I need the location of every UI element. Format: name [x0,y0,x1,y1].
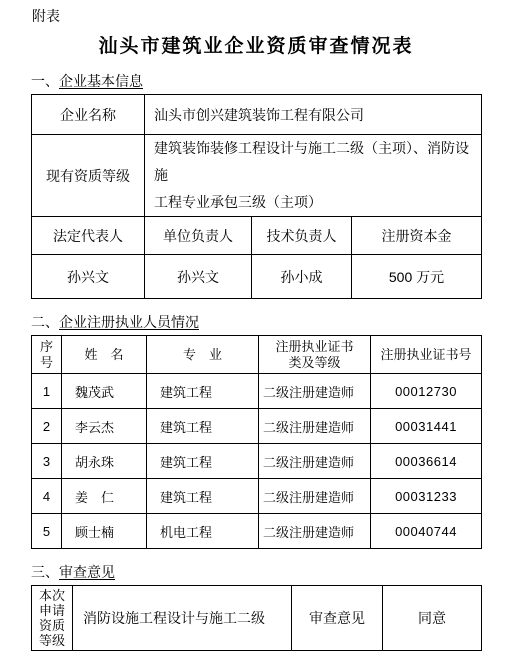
tech-head-value: 孙小成 [252,255,352,299]
col-header-major: 专 业 [147,336,259,374]
capital-value: 500 万元 [352,255,482,299]
col-header-cert-type: 注册执业证书 类及等级 [259,336,371,374]
page-title: 汕头市建筑业企业资质审查情况表 [31,36,481,58]
section-number: 一、 [31,73,59,89]
company-name-label: 企业名称 [32,95,145,135]
row-name: 李云杰 [62,409,147,444]
legal-rep-label: 法定代表人 [32,217,145,255]
row-name: 胡永珠 [62,444,147,479]
section-number: 三、 [31,564,59,580]
col-header-cert-no: 注册执业证书号 [371,336,482,374]
col-header-name: 姓 名 [62,336,147,374]
row-cert-no: 00036614 [371,444,482,479]
attachment-label: 附表 [32,8,501,25]
table-row: 法定代表人 单位负责人 技术负责人 注册资本金 [32,217,482,255]
unit-head-label: 单位负责人 [145,217,252,255]
row-cert-type: 二级注册建造师 [259,444,371,479]
review-row: 本次 申请 资质 等级 消防设施工程设计与施工二级 审查意见 同意 [32,586,482,651]
capital-label: 注册资本金 [352,217,482,255]
row-cert-no: 00031441 [371,409,482,444]
table-row: 现有资质等级 建筑装饰装修工程设计与施工二级（主项）、消防设施 工程专业承包三级… [32,135,482,217]
row-no: 1 [32,374,62,409]
legal-rep-value: 孙兴文 [32,255,145,299]
row-major: 建筑工程 [147,374,259,409]
row-cert-no: 00031233 [371,479,482,514]
personnel-table: 序 号 姓 名 专 业 注册执业证书 类及等级 注册执业证书号 1 魏茂武 建筑… [31,335,482,549]
row-name: 顾士楠 [62,514,147,549]
row-cert-type: 二级注册建造师 [259,479,371,514]
current-qualification-label: 现有资质等级 [32,135,145,217]
row-name: 姜 仁 [62,479,147,514]
unit-head-value: 孙兴文 [145,255,252,299]
section-heading-text: 企业基本信息 [59,73,143,89]
section-number: 二、 [31,314,59,330]
personnel-row: 4 姜 仁 建筑工程 二级注册建造师 00031233 [32,479,482,514]
row-major: 建筑工程 [147,409,259,444]
row-cert-no: 00040744 [371,514,482,549]
section-heading-text: 企业注册执业人员情况 [59,314,199,330]
personnel-row: 5 顾士楠 机电工程 二级注册建造师 00040744 [32,514,482,549]
col-header-no: 序 号 [32,336,62,374]
applied-qualification-value: 消防设施工程设计与施工二级 [73,586,292,651]
applied-qualification-label: 本次 申请 资质 等级 [32,586,73,651]
personnel-row: 2 李云杰 建筑工程 二级注册建造师 00031441 [32,409,482,444]
row-cert-no: 00012730 [371,374,482,409]
document-page: 附表 汕头市建筑业企业资质审查情况表 一、企业基本信息 企业名称 汕头市创兴建筑… [0,0,501,651]
company-name-value: 汕头市创兴建筑装饰工程有限公司 [145,95,482,135]
personnel-header-row: 序 号 姓 名 专 业 注册执业证书 类及等级 注册执业证书号 [32,336,482,374]
row-major: 机电工程 [147,514,259,549]
row-cert-type: 二级注册建造师 [259,409,371,444]
basic-info-table: 企业名称 汕头市创兴建筑装饰工程有限公司 现有资质等级 建筑装饰装修工程设计与施… [31,94,482,299]
row-major: 建筑工程 [147,479,259,514]
review-table: 本次 申请 资质 等级 消防设施工程设计与施工二级 审查意见 同意 [31,585,482,651]
row-no: 2 [32,409,62,444]
review-opinion-value: 同意 [383,586,482,651]
row-no: 5 [32,514,62,549]
section-heading-personnel: 二、企业注册执业人员情况 [31,314,501,331]
personnel-row: 3 胡永珠 建筑工程 二级注册建造师 00036614 [32,444,482,479]
section-heading-text: 审查意见 [59,564,115,580]
review-opinion-label: 审查意见 [292,586,383,651]
row-cert-type: 二级注册建造师 [259,514,371,549]
row-no: 4 [32,479,62,514]
table-row: 孙兴文 孙兴文 孙小成 500 万元 [32,255,482,299]
row-cert-type: 二级注册建造师 [259,374,371,409]
tech-head-label: 技术负责人 [252,217,352,255]
section-heading-review: 三、审查意见 [31,564,501,581]
row-name: 魏茂武 [62,374,147,409]
row-major: 建筑工程 [147,444,259,479]
current-qualification-value: 建筑装饰装修工程设计与施工二级（主项）、消防设施 工程专业承包三级（主项） [145,135,482,217]
table-row: 企业名称 汕头市创兴建筑装饰工程有限公司 [32,95,482,135]
personnel-row: 1 魏茂武 建筑工程 二级注册建造师 00012730 [32,374,482,409]
row-no: 3 [32,444,62,479]
section-heading-basic-info: 一、企业基本信息 [31,73,501,90]
